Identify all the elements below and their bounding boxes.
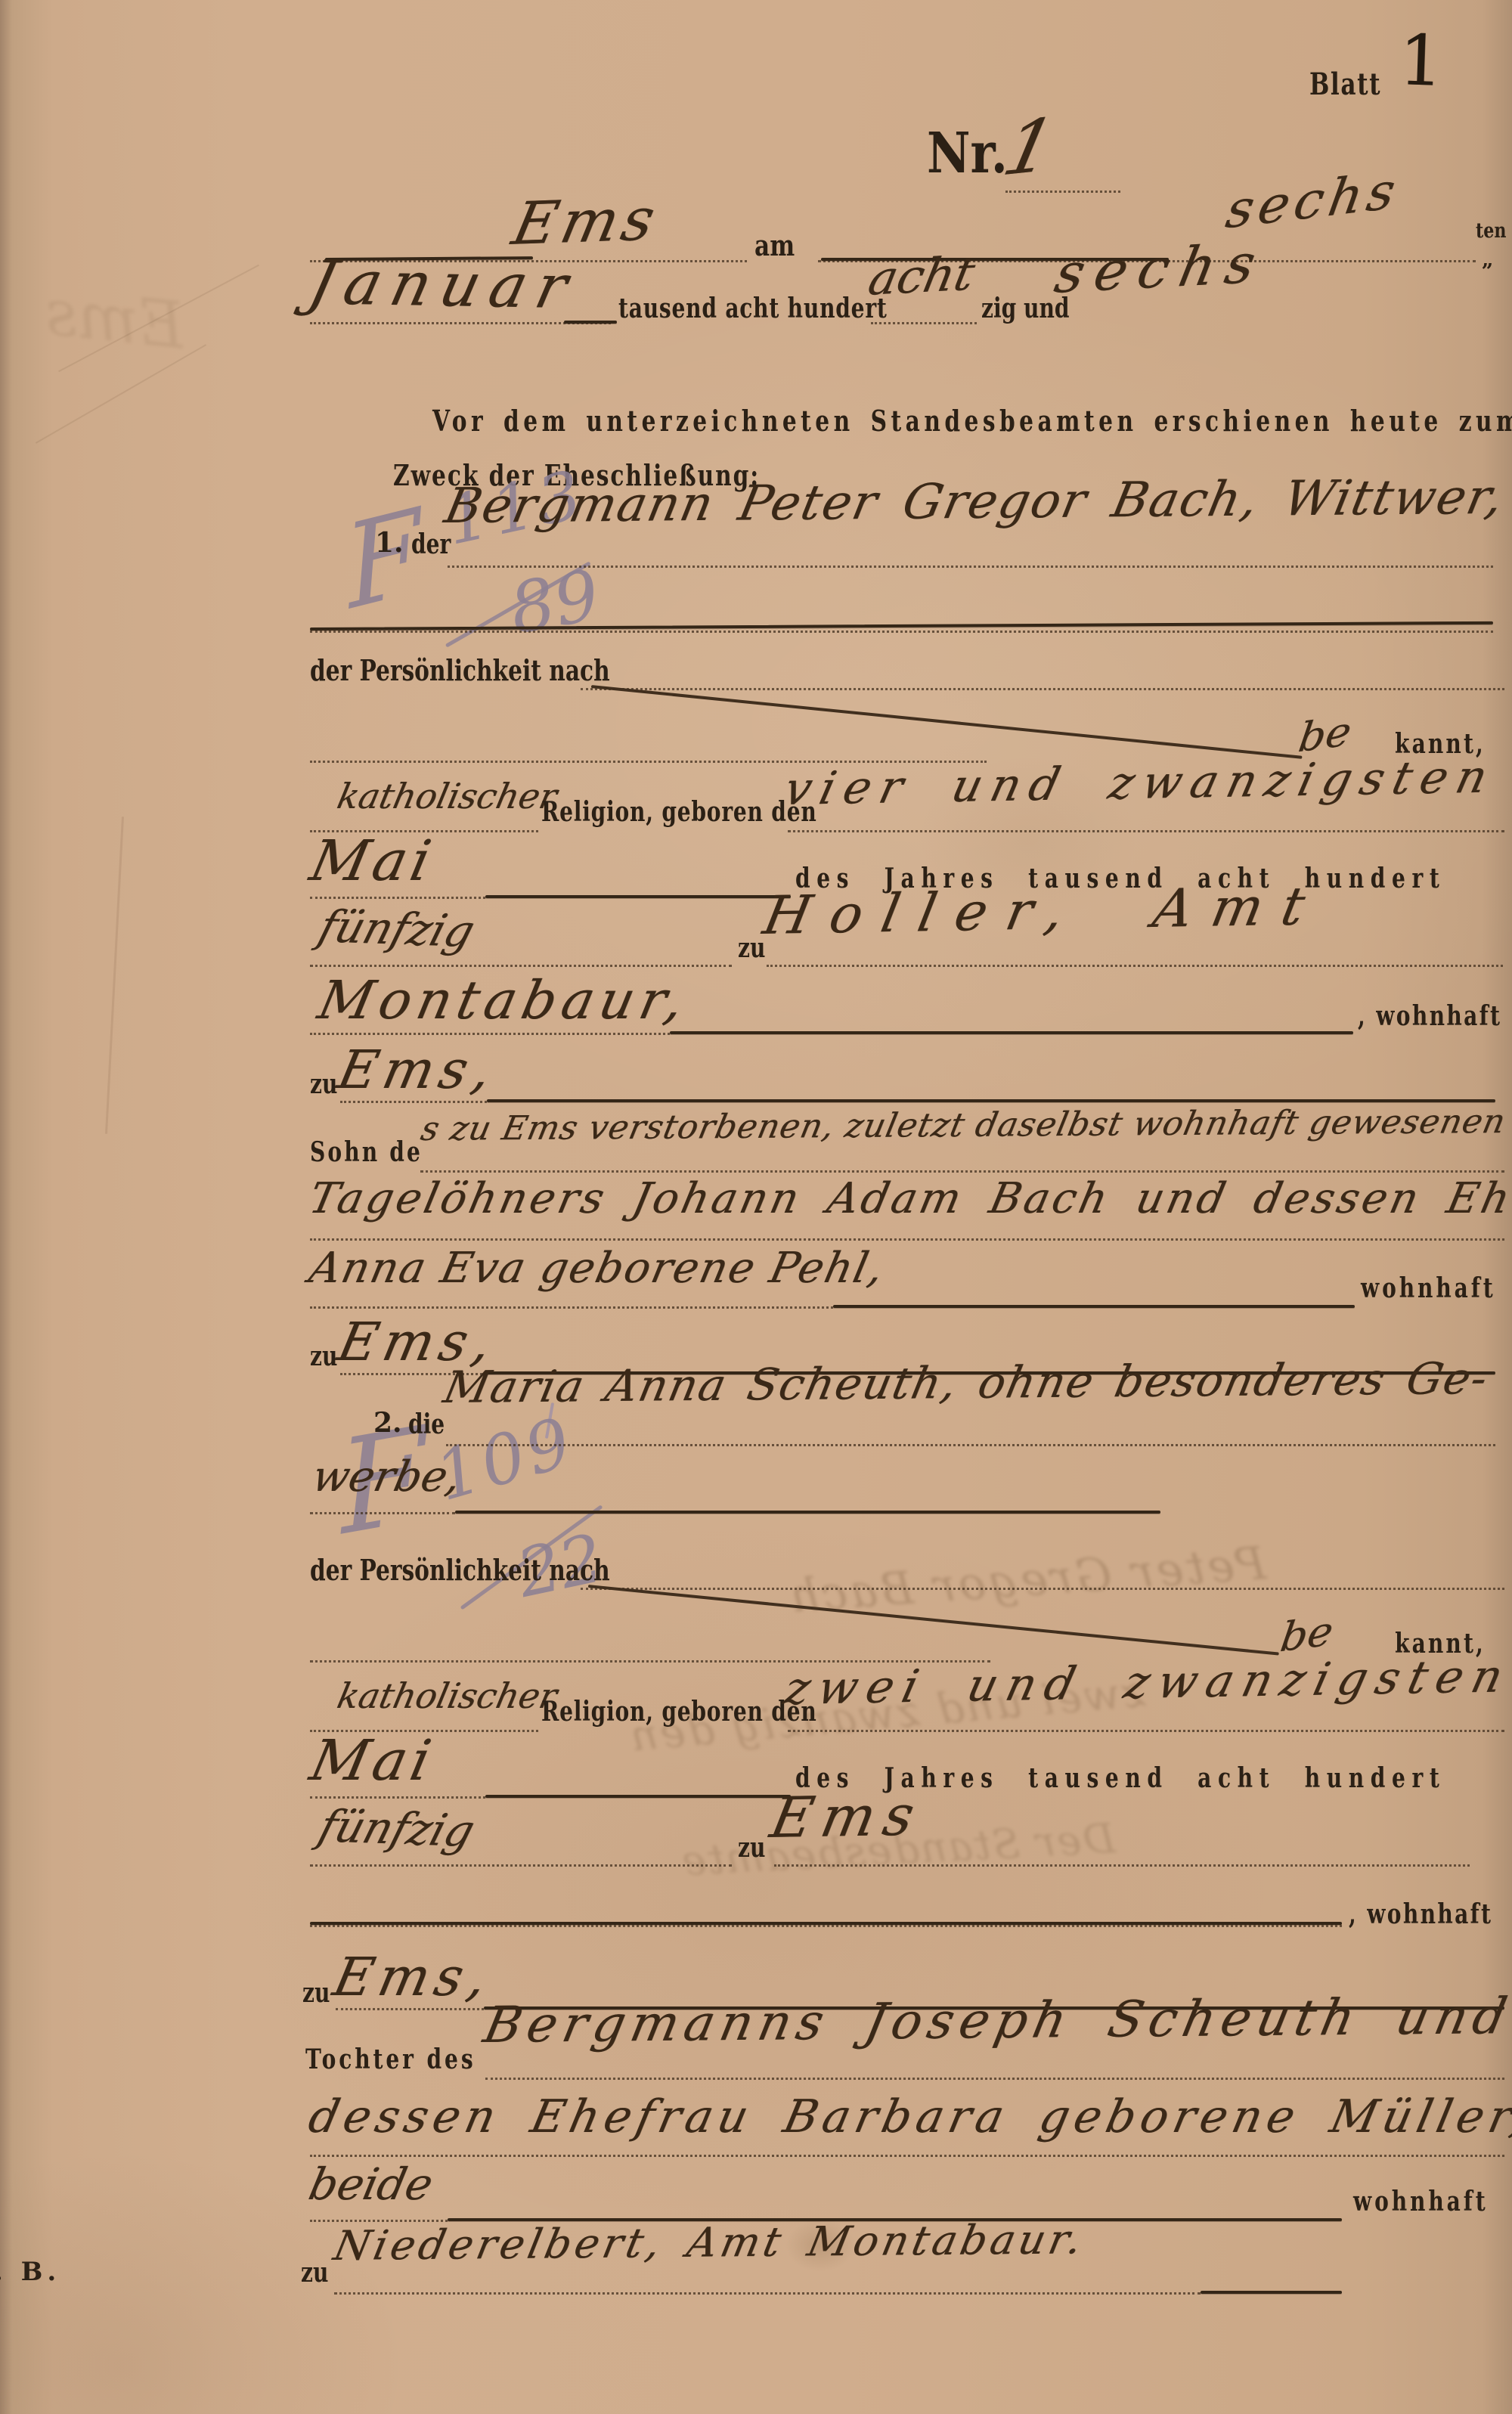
fill-line	[788, 830, 1504, 832]
hw-religion-1: katholischer	[334, 779, 560, 813]
show-through-text: Ems	[42, 280, 187, 358]
hw-birthday-1: vier und zwanzigsten	[780, 755, 1501, 812]
printed-am: am	[754, 231, 795, 260]
fill-line	[334, 2292, 1201, 2295]
printed-ten-suffix: ten	[1476, 221, 1506, 241]
fill-line	[336, 2008, 484, 2010]
ink-rule	[455, 1511, 1160, 1514]
printed-religion-1: Religion, geboren den	[541, 798, 817, 826]
printed-tochter: Tochter des	[305, 2046, 476, 2073]
printed-wohnhaft-2: wohnhaft	[1361, 1275, 1496, 1302]
hw-religion-2: katholischer	[334, 1678, 560, 1713]
fill-line	[310, 965, 732, 967]
hw-residence-1: Ems,	[333, 1043, 502, 1096]
nr-fill-line	[1005, 191, 1120, 193]
hw-birthplace-bride: Ems	[767, 1788, 928, 1846]
intro-line1: Vor dem unterzeichneten Standesbeamten e…	[432, 407, 1512, 435]
hw-place: Ems	[507, 190, 664, 254]
fill-line	[310, 1796, 485, 1799]
hw-groom-mother: Anna Eva geborene Pehl,	[305, 1247, 888, 1290]
hw-residence-2: Ems,	[333, 1315, 502, 1368]
ink-rule	[485, 895, 791, 898]
ink-rule	[833, 1305, 1355, 1308]
hw-ones: sechs	[1051, 236, 1271, 301]
printed-persoenlichkeit-1: der Persönlichkeit nach	[310, 656, 610, 685]
ink-rule	[487, 1099, 1495, 1102]
hw-day: sechs	[1222, 166, 1403, 237]
fill-line	[581, 688, 1504, 690]
hw-be-2: be	[1278, 1611, 1335, 1659]
printed-wohnhaft-4: wohnhaft	[1353, 2188, 1489, 2215]
printed-zu-4: zu	[738, 1834, 765, 1861]
fill-line	[871, 322, 977, 324]
fill-line	[310, 897, 485, 899]
fill-line	[767, 965, 1503, 967]
hw-birthplace-1: Holler, Amt	[759, 879, 1328, 942]
printed-zu-5: zu	[302, 1979, 330, 2007]
paper-crease	[36, 344, 206, 444]
hw-year-2: fünfzig	[314, 1804, 479, 1853]
hw-residence-4: Niederelbert, Amt Montabaur.	[330, 2219, 1089, 2267]
paper-crease	[105, 817, 124, 1134]
entry2-index: 2.	[373, 1409, 402, 1436]
printed-zu-6: zu	[301, 2259, 328, 2286]
hw-bride-name: Maria Anna Scheuth, ohne besonderes Ge-	[440, 1356, 1492, 1409]
hw-sohn-line1: s zu Ems verstorbenen, zuletzt daselbst …	[418, 1105, 1508, 1146]
printed-religion-2: Religion, geboren den	[541, 1698, 817, 1725]
fill-line	[310, 1864, 732, 1867]
registry-document-page: Ems Peter Gregor Bach zwei und zwanzig d…	[0, 0, 1512, 2414]
hw-birthday-2: zwei und zwanzigsten	[780, 1653, 1512, 1712]
hw-month: Januar	[304, 253, 584, 318]
hw-bride-father: Bergmanns Joseph Scheuth und	[480, 1991, 1512, 2050]
fill-line	[310, 1238, 1504, 1241]
hw-be-1: be	[1296, 711, 1353, 759]
fill-line	[310, 1033, 670, 1035]
fill-line	[485, 2078, 1504, 2080]
fill-line	[310, 1306, 833, 1309]
pencil-annotation-2: F 109 22	[321, 1402, 646, 1675]
ink-rule	[564, 321, 617, 324]
fill-line	[340, 1101, 487, 1103]
fill-line	[446, 1444, 1495, 1446]
corner-printers-mark: . B.	[0, 2259, 60, 2285]
hw-birthplace-2: Montabaur,	[314, 974, 694, 1027]
blatt-number: 1	[1398, 26, 1445, 97]
hw-tens: acht	[865, 250, 978, 302]
printed-persoenlichkeit-2: der Persönlichkeit nach	[310, 1556, 610, 1585]
entry2-article: die	[408, 1411, 445, 1438]
ink-rule	[485, 1795, 791, 1798]
hw-birthmonth-2: Mai	[305, 1733, 439, 1789]
hw-year-1: fünfzig	[314, 904, 479, 953]
printed-sohn: Sohn de	[310, 1139, 423, 1166]
blatt-label: Blatt	[1309, 70, 1381, 100]
printed-thousand: tausend acht hundert	[618, 295, 888, 322]
fill-line	[774, 1864, 1470, 1867]
fill-line	[448, 566, 1493, 568]
printed-wohnhaft-3: , wohnhaft	[1349, 1901, 1492, 1928]
printed-wohnhaft-1: , wohnhaft	[1358, 1002, 1501, 1030]
ink-rule	[1201, 2291, 1342, 2294]
fill-line	[788, 1730, 1504, 1732]
fill-line	[310, 1512, 455, 1514]
hw-bride-mother: dessen Ehefrau Barbara geborene Müller,	[305, 2094, 1512, 2140]
ditto-mark: „	[1482, 249, 1494, 270]
hw-bride-name2: werbe,	[308, 1456, 465, 1498]
hw-sohn-line2: Tagelöhners Johann Adam Bach und dessen …	[305, 1178, 1512, 1220]
entry1-index: 1.	[375, 529, 404, 556]
hw-beide: beide	[305, 2162, 437, 2206]
fill-line	[581, 1588, 1504, 1590]
hw-residence-3: Ems,	[329, 1951, 497, 2003]
fill-line	[420, 1170, 1504, 1173]
fill-line	[310, 2155, 1504, 2157]
nr-label: Nr.	[927, 126, 1008, 181]
fill-line	[310, 631, 1493, 633]
entry1-article: der	[411, 531, 451, 558]
show-through-text: Peter Gregor Bach	[785, 1541, 1268, 1619]
hw-groom-name: Bergmann Peter Gregor Bach, Wittwer,	[441, 473, 1508, 531]
hw-birthmonth-1: Mai	[305, 833, 439, 889]
fill-line	[310, 1925, 1342, 1927]
ink-rule	[670, 1031, 1353, 1034]
